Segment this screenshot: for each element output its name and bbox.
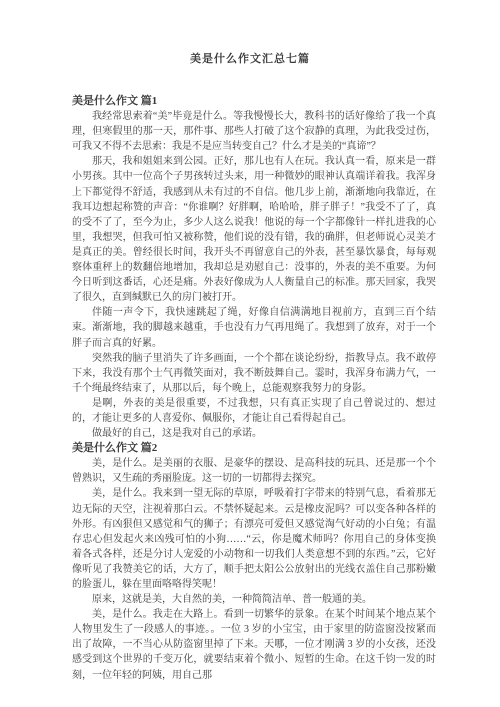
document-body: 美是什么作文 篇1 我经常思索着“美”毕竟是什么。等我慢慢长大，教科书的话好像给…: [72, 94, 436, 683]
paragraph: 美，是什么。我走在大路上。看到一切繁华的景象。在某个时间某个地点某个人物里发生了…: [72, 607, 436, 682]
document-title: 美是什么作文汇总七篇: [0, 52, 500, 67]
document-page: 美是什么作文汇总七篇 美是什么作文 篇1 我经常思索着“美”毕竟是什么。等我慢慢…: [0, 0, 500, 707]
paragraph: 做最好的自己，这是我对自己的承诺。: [72, 426, 436, 441]
paragraph: 我经常思索着“美”毕竟是什么。等我慢慢长大，教科书的话好像给了我一个真理，但寒假…: [72, 109, 436, 154]
paragraph: 美，是什么。我来到一望无际的草原，呼吸着打字带来的特别气息，看着那无边无际的天空…: [72, 486, 436, 592]
section-1-heading: 美是什么作文 篇1: [72, 94, 436, 109]
paragraph: 原来，这就是美，大自然的美，一种简简洁单、普一般通的美。: [72, 592, 436, 607]
paragraph: 伴随一声令下，我快速跳起了绳，好像自信满满地目视前方，直到三百个结束。渐渐地，我…: [72, 305, 436, 350]
paragraph: 美，是什么。是美丽的衣服、是豪华的摆设、是高科技的玩具、还是那一个个曾熟识，又生…: [72, 456, 436, 486]
paragraph: 那天，我和姐姐来到公园。正好，那儿也有人在玩。我认真一看，原来是一群小男孩。其中…: [72, 154, 436, 305]
section-2-heading: 美是什么作文 篇2: [72, 441, 436, 456]
paragraph: 突然我的脑子里消失了许多画面，一个个都在谈论纷纷，指教导点。我不敢停下来，我没有…: [72, 351, 436, 396]
paragraph: 是啊，外表的美是很重要，不过我想，只有真正实现了自己曾说过的、想过的，才能让更多…: [72, 396, 436, 426]
